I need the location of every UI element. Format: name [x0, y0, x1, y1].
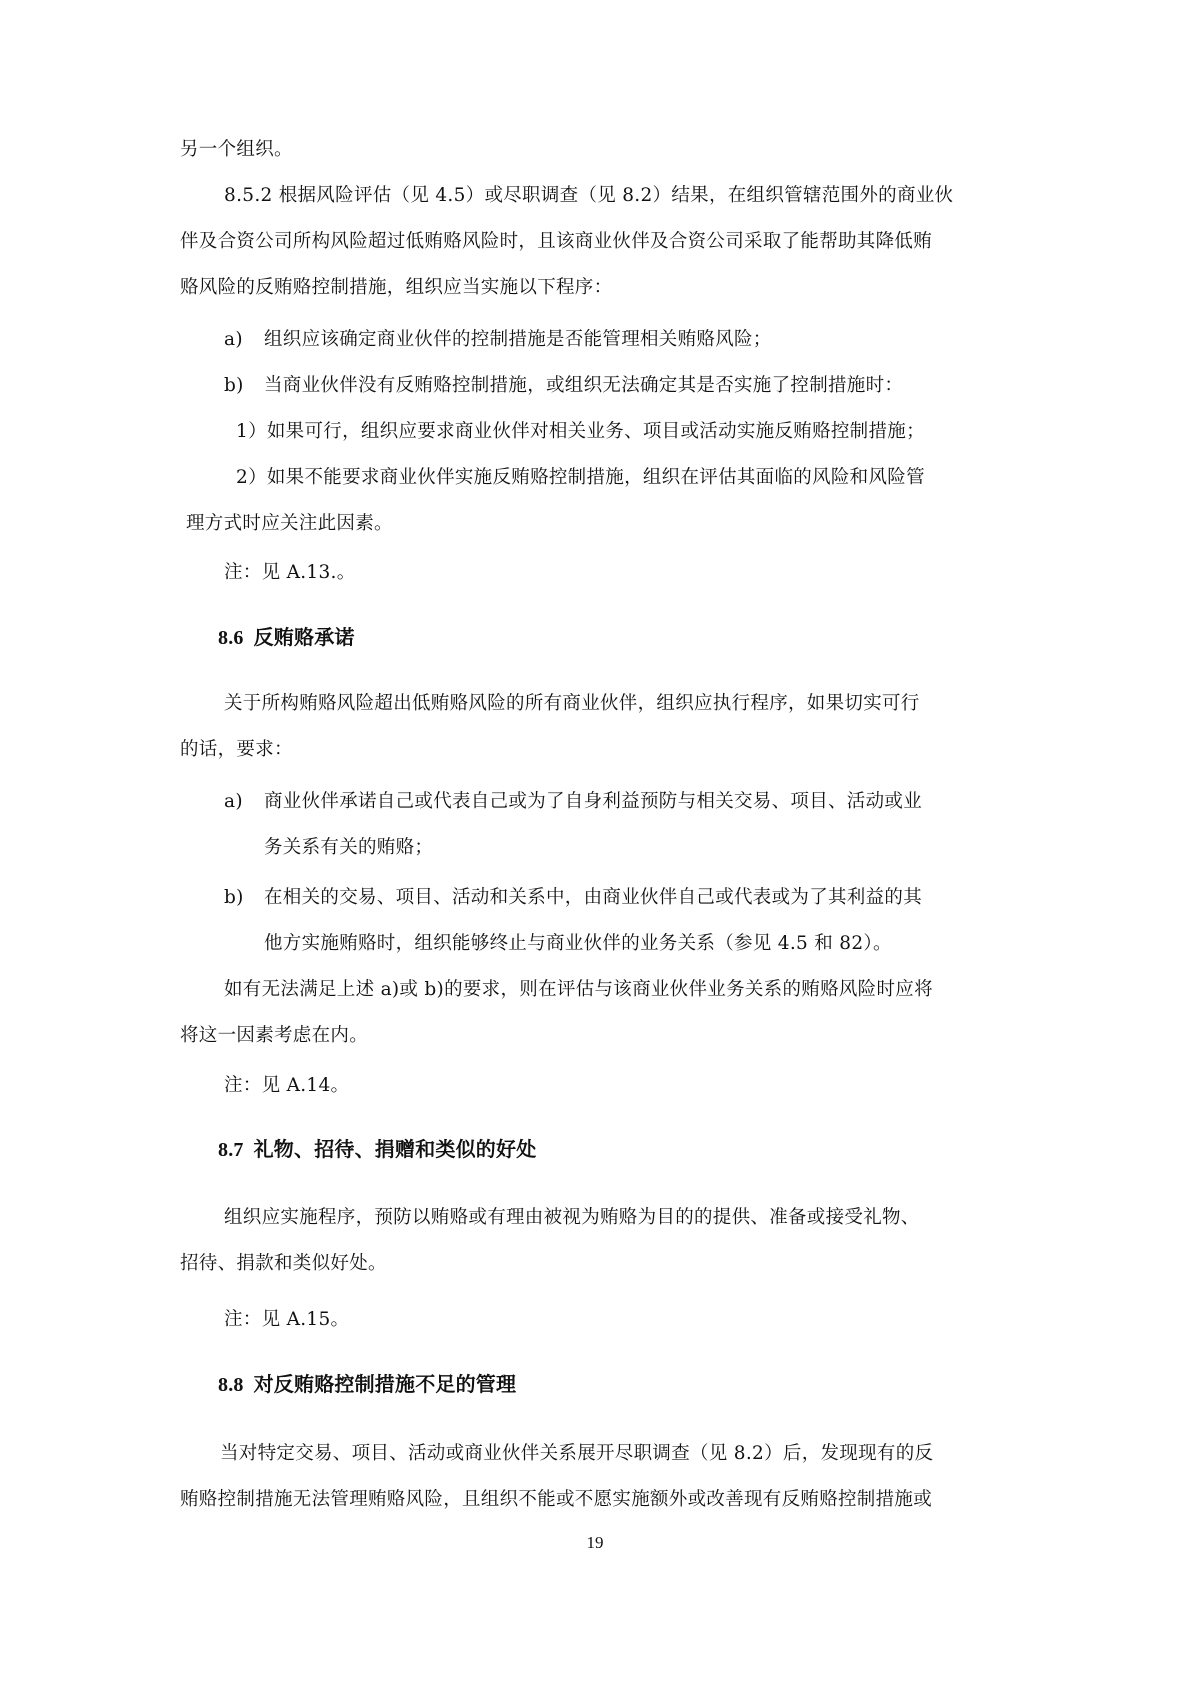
sub-item-2-continuation: 理方式时应关注此因素。 [186, 512, 393, 536]
section-heading-8-6: 8.6反贿赂承诺 [218, 624, 355, 651]
section-number: 8.6 [218, 627, 244, 649]
paragraph-line: 伴及合资公司所构风险超过低贿赂风险时，且该商业伙伴及合资公司采取了能帮助其降低贿 [180, 230, 932, 254]
paragraph-line: 贿赂控制措施无法管理贿赂风险，且组织不能或不愿实施额外或改善现有反贿赂控制措施或 [180, 1488, 932, 1512]
note-a14: 注：见 A.14。 [224, 1074, 349, 1098]
section-title: 礼物、招待、捐赠和类似的好处 [254, 1137, 537, 1161]
paragraph-line: 的话，要求： [180, 738, 293, 762]
paragraph-line: 如有无法满足上述 a)或 b)的要求，则在评估与该商业伙伴业务关系的贿赂风险时应… [224, 978, 933, 1002]
list-item-text: 在相关的交易、项目、活动和关系中，由商业伙伴自己或代表或为了其利益的其 [264, 887, 922, 908]
list-item-a: a)组织应该确定商业伙伴的控制措施是否能管理相关贿赂风险； [224, 328, 772, 352]
paragraph-line: 另一个组织。 [180, 138, 293, 162]
section-heading-8-7: 8.7礼物、招待、捐赠和类似的好处 [218, 1136, 536, 1163]
paragraph-line: 组织应实施程序，预防以贿赂或有理由被视为贿赂为目的的提供、准备或接受礼物、 [224, 1206, 920, 1230]
paragraph-line-852: 8.5.2 根据风险评估（见 4.5）或尽职调查（见 8.2）结果，在组织管辖范… [224, 184, 953, 208]
section-title: 反贿赂承诺 [254, 625, 355, 649]
list-item-a: a)商业伙伴承诺自己或代表自己或为了自身利益预防与相关交易、项目、活动或业 [224, 790, 922, 814]
list-item-text: 当商业伙伴没有反贿赂控制措施，或组织无法确定其是否实施了控制措施时： [264, 375, 903, 396]
note-a13: 注：见 A.13.。 [224, 561, 356, 585]
paragraph-line: 赂风险的反贿赂控制措施，组织应当实施以下程序： [180, 276, 612, 300]
document-page: 另一个组织。 8.5.2 根据风险评估（见 4.5）或尽职调查（见 8.2）结果… [0, 0, 1190, 1684]
list-item-text: 组织应该确定商业伙伴的控制措施是否能管理相关贿赂风险； [264, 329, 772, 350]
section-number: 8.8 [218, 1374, 244, 1396]
list-marker: b) [224, 886, 264, 910]
list-marker: a) [224, 790, 264, 814]
sub-item-1: 1）如果可行，组织应要求商业伙伴对相关业务、项目或活动实施反贿赂控制措施； [236, 420, 925, 444]
section-heading-8-8: 8.8对反贿赂控制措施不足的管理 [218, 1371, 516, 1398]
list-item-a-continuation: 务关系有关的贿赂； [264, 836, 433, 860]
list-item-b-continuation: 他方实施贿赂时，组织能够终止与商业伙伴的业务关系（参见 4.5 和 82）。 [264, 932, 892, 956]
page-number: 19 [0, 1533, 1190, 1553]
list-item-text: 商业伙伴承诺自己或代表自己或为了自身利益预防与相关交易、项目、活动或业 [264, 791, 922, 812]
note-a15: 注：见 A.15。 [224, 1308, 349, 1332]
paragraph-line: 将这一因素考虑在内。 [180, 1024, 368, 1048]
paragraph-line: 关于所构贿赂风险超出低贿赂风险的所有商业伙伴，组织应执行程序，如果切实可行 [224, 692, 920, 716]
paragraph-line: 当对特定交易、项目、活动或商业伙伴关系展开尽职调查（见 8.2）后，发现现有的反 [220, 1442, 933, 1466]
list-marker: b) [224, 374, 264, 398]
section-number: 8.7 [218, 1139, 244, 1161]
list-marker: a) [224, 328, 264, 352]
section-title: 对反贿赂控制措施不足的管理 [254, 1372, 517, 1396]
sub-item-2: 2）如果不能要求商业伙伴实施反贿赂控制措施，组织在评估其面临的风险和风险管 [236, 466, 925, 490]
paragraph-line: 招待、捐款和类似好处。 [180, 1252, 387, 1276]
list-item-b: b)在相关的交易、项目、活动和关系中，由商业伙伴自己或代表或为了其利益的其 [224, 886, 922, 910]
list-item-b: b)当商业伙伴没有反贿赂控制措施，或组织无法确定其是否实施了控制措施时： [224, 374, 903, 398]
